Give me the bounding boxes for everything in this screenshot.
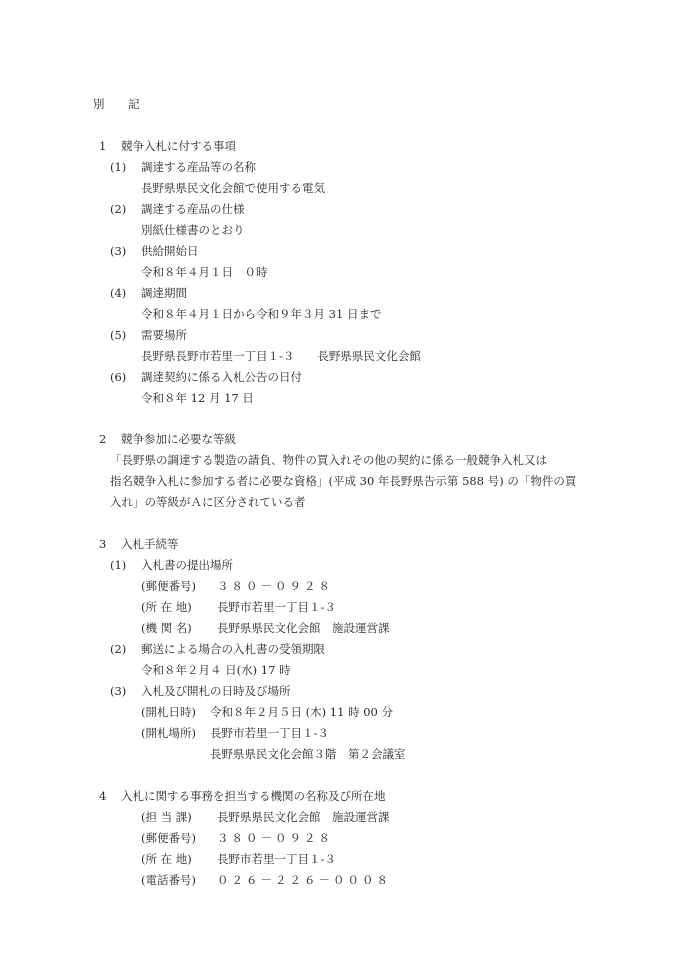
section-4-dept-key: (担 当 課) (141, 810, 192, 824)
section-4-phone-value: ０２６－２２６－０００８ (217, 873, 391, 887)
item-1-2-label: 調達する産品の仕様 (141, 202, 245, 216)
section-1-title: 競争入札に付する事項 (121, 139, 236, 153)
section-4-address-key: (所 在 地) (141, 852, 192, 866)
item-1-3-num: (3) (110, 244, 126, 258)
item-3-1-num: (1) (110, 558, 126, 572)
item-3-3-label: 入札及び開札の日時及び場所 (141, 684, 291, 698)
section-2-number: 2 (99, 432, 106, 446)
section-4-number: 4 (99, 789, 106, 803)
item-1-6-value: 令和８年 12 月 17 日 (141, 391, 254, 405)
section-2-title: 競争参加に必要な等級 (121, 432, 236, 446)
item-1-1-label: 調達する産品等の名称 (141, 160, 256, 174)
item-3-3-place-value: 長野市若里一丁目１-３ (210, 726, 329, 740)
item-1-4-value: 令和８年４月１日から令和９年３月 31 日まで (141, 307, 381, 321)
item-1-5-num: (5) (110, 328, 126, 342)
item-1-6-label: 調達契約に係る入札公告の日付 (141, 370, 302, 384)
item-3-2-label: 郵送による場合の入札書の受領期限 (141, 642, 325, 656)
item-3-3-datetime-value: 令和８年２月５日 (木) 11 時 00 分 (210, 705, 393, 719)
item-1-4-num: (4) (110, 286, 126, 300)
section-4-postal-key: (郵便番号) (141, 831, 196, 845)
item-3-1-postal-key: (郵便番号) (141, 579, 196, 593)
section-4-postal-value: ３８０－０９２８ (217, 831, 333, 845)
section-2-body-line-2: 指名競争入札に参加する者に必要な資格」(平成 30 年長野県告示第 588 号)… (110, 474, 576, 488)
item-3-2-value: 令和８年２月４ 日(水) 17 時 (141, 663, 291, 677)
document-heading: 別 記 (93, 97, 150, 111)
item-3-1-org-key: (機 関 名) (141, 621, 192, 635)
item-3-3-num: (3) (110, 684, 126, 698)
item-1-3-value: 令和８年４月１日 ０時 (141, 265, 268, 279)
section-4-address-value: 長野市若里一丁目１-３ (217, 852, 336, 866)
item-1-1-num: (1) (110, 160, 126, 174)
section-2-body-line-3: 入れ」の等級がＡに区分されている者 (110, 495, 306, 509)
section-3-title: 入札手続等 (121, 537, 179, 551)
section-4-phone-key: (電話番号) (141, 873, 196, 887)
document-page: 別 記 1 競争入札に付する事項 (1) 調達する産品等の名称 長野県県民文化会… (0, 0, 680, 962)
item-3-1-org-value: 長野県県民文化会館 施設運営課 (217, 621, 390, 635)
item-1-2-value: 別紙仕様書のとおり (141, 223, 245, 237)
item-3-1-label: 入札書の提出場所 (141, 558, 233, 572)
item-1-3-label: 供給開始日 (141, 244, 199, 258)
item-1-5-value: 長野県長野市若里一丁目１-３ 長野県県民文化会館 (141, 349, 421, 363)
item-3-2-num: (2) (110, 642, 126, 656)
item-3-1-address-value: 長野市若里一丁目１-３ (217, 600, 336, 614)
section-2-body-line-1: 「長野県の調達する製造の請負、物件の買入れその他の契約に係る一般競争入札又は (110, 453, 547, 467)
item-1-4-label: 調達期間 (141, 286, 187, 300)
item-1-6-num: (6) (110, 370, 126, 384)
item-3-1-address-key: (所 在 地) (141, 600, 192, 614)
item-3-3-place-value-2: 長野県県民文化会館３階 第２会議室 (210, 747, 406, 761)
item-1-1-value: 長野県県民文化会館で使用する電気 (141, 181, 325, 195)
item-3-1-postal-value: ３８０－０９２８ (217, 579, 333, 593)
item-1-5-label: 需要場所 (141, 328, 187, 342)
item-3-3-datetime-key: (開札日時) (141, 705, 196, 719)
section-1-number: 1 (99, 139, 106, 153)
section-4-title: 入札に関する事務を担当する機関の名称及び所在地 (121, 789, 386, 803)
item-3-3-place-key: (開札場所) (141, 726, 196, 740)
item-1-2-num: (2) (110, 202, 126, 216)
section-3-number: 3 (99, 537, 106, 551)
section-4-dept-value: 長野県県民文化会館 施設運営課 (217, 810, 390, 824)
